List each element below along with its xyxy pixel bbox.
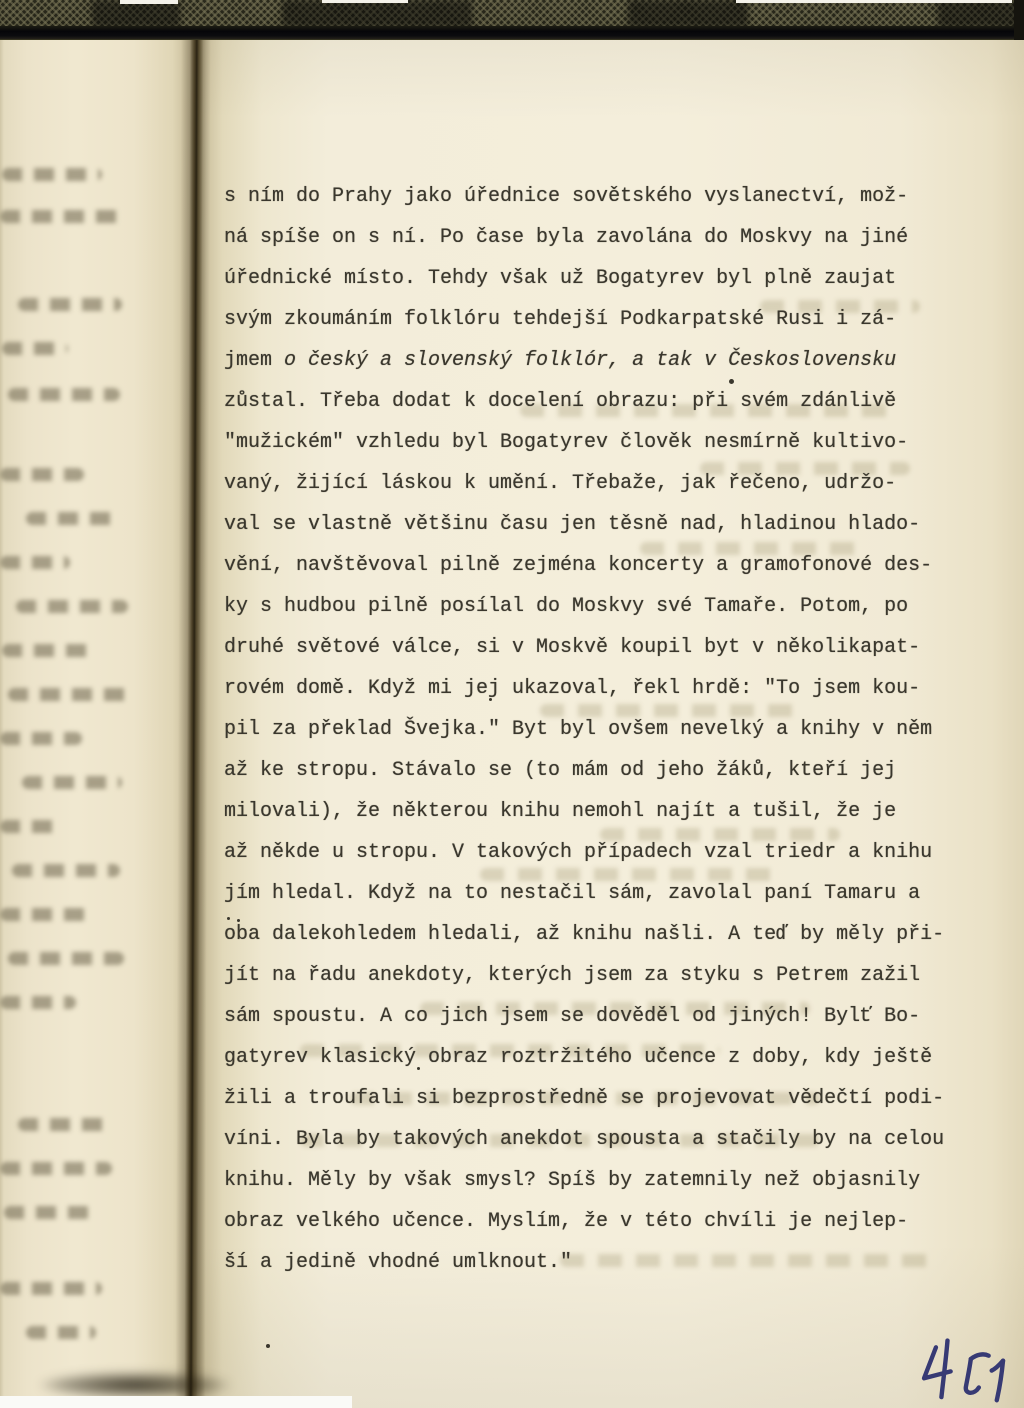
typewritten-line: druhé světové válce, si v Moskvě koupil … [224,627,984,668]
ink-speck [227,917,230,920]
bleed-through-smudge [0,732,82,745]
typewritten-line: gatyrev klasický obraz roztržitého učenc… [224,1037,984,1078]
typewritten-line: ší a jedině vhodné umlknout." [224,1242,984,1283]
scanned-book-page: s ním do Prahy jako úřednice sovětského … [0,0,1024,1408]
book-spine-gutter [175,34,211,1402]
bleed-through-smudge [18,298,122,311]
book-binding-fabric [0,0,1024,40]
bleed-through-smudge [0,908,88,921]
bleed-through-smudge [8,688,130,701]
typewritten-line: až někde u stropu. V takových případech … [224,832,984,873]
bleed-through-smudge [0,820,64,833]
bleed-through-smudge [0,1162,112,1175]
bleed-through-smudge [2,168,102,181]
fabric-dark-patch [628,0,748,27]
typewritten-line: s ním do Prahy jako úřednice sovětského … [224,176,984,217]
scan-edge-notch [736,0,1012,3]
typewritten-line: víni. Byla by takových anekdot spousta a… [224,1119,984,1160]
typewritten-line: obraz velkého učence. Myslím, že v této … [224,1201,984,1242]
fabric-dark-patch [938,0,1024,27]
bleed-through-smudge [8,388,120,401]
bleed-through-smudge [8,952,124,965]
scan-bottom-edge [0,1396,352,1408]
bleed-through-smudge [4,1206,92,1219]
bleed-through-smudge [0,996,76,1009]
typewritten-text-block: s ním do Prahy jako úřednice sovětského … [224,176,984,1283]
bleed-through-smudge [26,512,122,525]
binding-black-stripe [0,26,1024,39]
typewritten-line: milovali), že některou knihu nemohl nají… [224,791,984,832]
digit-4-stroke [938,1341,952,1398]
typewritten-line: ná spíše on s ní. Po čase byla zavolána … [224,217,984,258]
page-bottom-shadow [40,1372,230,1398]
typewritten-line: žili a troufali si bezprostředně se proj… [224,1078,984,1119]
digit-5-stroke [971,1354,989,1359]
fabric-dark-patch [92,0,180,27]
ink-speck [237,919,240,922]
bleed-through-smudge [0,556,70,569]
typewritten-line: vění, navštěvoval pilně zejména koncerty… [224,545,984,586]
handwritten-page-number: 451 [890,1312,1022,1408]
scan-edge-notch [120,0,178,4]
bleed-through-smudge [2,644,94,657]
typewritten-line: pil za překlad Švejka." Byt byl ovšem ne… [224,709,984,750]
typewritten-line: "mužickém" vzhledu byl Bogatyrev člověk … [224,422,984,463]
typewritten-line: jít na řadu anekdoty, kterých jsem za st… [224,955,984,996]
fabric-dark-patch [282,0,472,27]
typewritten-line: val se vlastně většinu času jen těsně na… [224,504,984,545]
bleed-through-smudge [16,600,128,613]
typewritten-line: rovém domě. Když mi jej ukazoval, řekl h… [224,668,984,709]
bleed-through-smudge [0,210,128,223]
bleed-through-smudge [22,776,122,789]
ink-speck [417,1067,420,1070]
ink-speck [266,1344,270,1348]
bleed-through-smudge [26,1326,96,1339]
bleed-through-smudge [18,1118,112,1131]
scan-edge-notch [322,0,408,3]
typewritten-line: sám spoustu. A co jich jsem se dověděl o… [224,996,984,1037]
typewritten-line: až ke stropu. Stávalo se (to mám od jeho… [224,750,984,791]
digit-5-stroke [964,1359,979,1394]
scan-corner-shadow [1014,0,1024,40]
bleed-through-smudge [0,1282,102,1295]
typewritten-line: jím hledal. Když na to nestačil sám, zav… [224,873,984,914]
typewritten-line: ky s hudbou pilně posílal do Moskvy své … [224,586,984,627]
typewritten-line: úřednické místo. Tehdy však už Bogatyrev… [224,258,984,299]
typewritten-line: zůstal. Třeba dodat k docelení obrazu: p… [224,381,984,422]
ink-speck [489,698,492,701]
left-page [0,36,196,1398]
bleed-through-smudge [0,468,84,481]
bleed-through-smudge [2,342,68,355]
typewritten-line: jmem o český a slovenský folklór, a tak … [224,340,984,381]
typewritten-line: vaný, žijící láskou k umění. Třebaže, ja… [224,463,984,504]
italic-phrase: o český a slovenský folklór, a tak v Čes… [284,349,896,372]
bleed-through-smudge [12,864,120,877]
ink-speck [729,379,734,384]
typewritten-line: knihu. Měly by však smysl? Spíš by zatem… [224,1160,984,1201]
typewritten-line: oba dalekohledem hledali, až knihu našli… [224,914,984,955]
typewritten-line: svým zkoumáním folklóru tehdejší Podkarp… [224,299,984,340]
